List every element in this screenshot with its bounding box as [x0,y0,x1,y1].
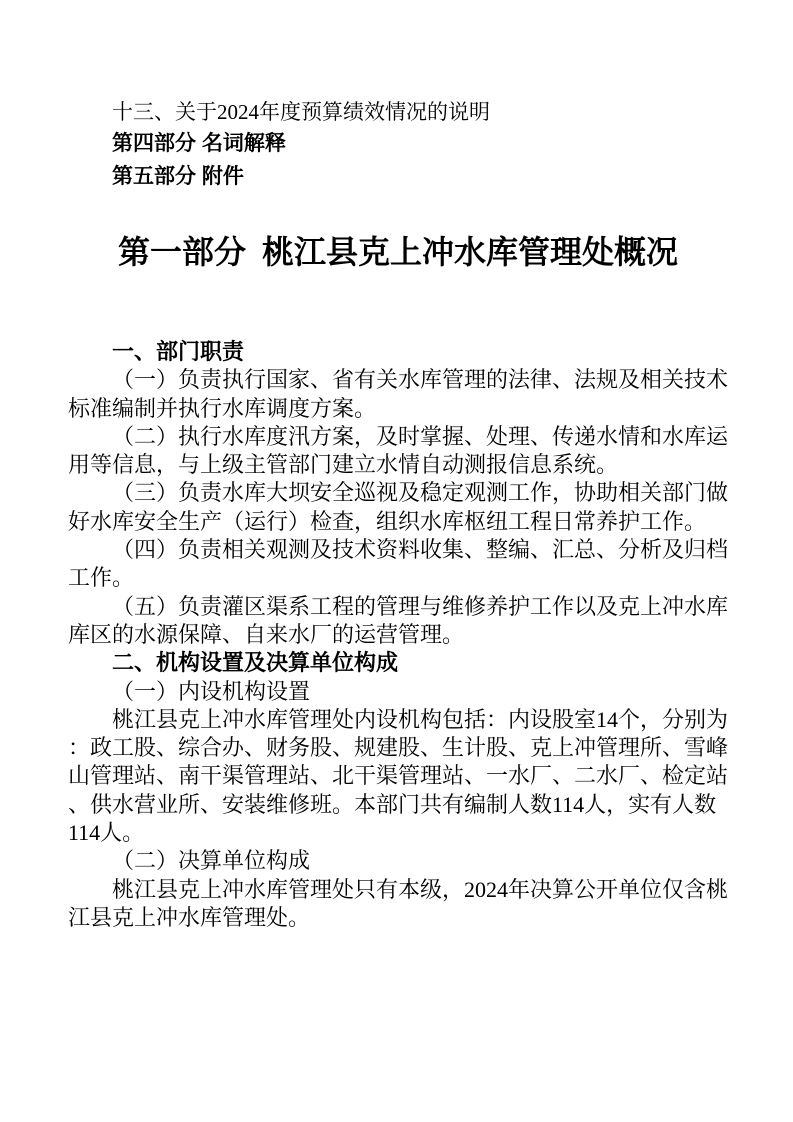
body-line: （四）负责相关观测及技术资料收集、整编、汇总、分析及归档 [68,536,728,564]
document-page: { "document": { "background_color": "#ff… [0,0,793,1122]
body-line: （一）负责执行国家、省有关水库管理的法律、法规及相关技术 [68,366,728,394]
table-of-contents: 十三、关于2024年度预算绩效情况的说明第四部分 名词解释第五部分 附件 [68,96,728,193]
body-line: （二）决算单位构成 [68,847,728,875]
body-line: 库区的水源保障、自来水厂的运营管理。 [68,621,728,649]
page-background: 十三、关于2024年度预算绩效情况的说明第四部分 名词解释第五部分 附件 第一部… [0,0,793,1122]
body-line: 山管理站、南干渠管理站、北干渠管理站、一水厂、二水厂、检定站 [68,762,728,790]
body-line: 114人。 [68,819,728,847]
body-line: ：政工股、综合办、财务股、规建股、生计股、克上冲管理所、雪峰 [68,734,728,762]
body-line: （三）负责水库大坝安全巡视及稳定观测工作，协助相关部门做 [68,479,728,507]
body-line: 工作。 [68,564,728,592]
body-line: 二、机构设置及决算单位构成 [68,649,728,677]
body-line: 标准编制并执行水库调度方案。 [68,395,728,423]
body-line: 好水库安全生产（运行）检查，组织水库枢纽工程日常养护工作。 [68,508,728,536]
body-line: （五）负责灌区渠系工程的管理与维修养护工作以及克上冲水库 [68,593,728,621]
body-line: 桃江县克上冲水库管理处内设机构包括：内设股室14个，分别为 [68,706,728,734]
toc-line: 第五部分 附件 [68,161,728,193]
body-line: 桃江县克上冲水库管理处只有本级，2024年决算公开单位仅含桃 [68,876,728,904]
body-line: （一）内设机构设置 [68,678,728,706]
body-line: 一、部门职责 [68,338,728,366]
body-line: 、供水营业所、安装维修班。本部门共有编制人数114人，实有人数 [68,791,728,819]
body-line: 用等信息，与上级主管部门建立水情自动测报信息系统。 [68,451,728,479]
page-title: 第一部分 桃江县克上冲水库管理处概况 [68,230,728,274]
body-line: 江县克上冲水库管理处。 [68,904,728,932]
body-text: 一、部门职责（一）负责执行国家、省有关水库管理的法律、法规及相关技术标准编制并执… [68,338,728,932]
body-line: （二）执行水库度汛方案，及时掌握、处理、传递水情和水库运 [68,423,728,451]
toc-line: 十三、关于2024年度预算绩效情况的说明 [68,96,728,128]
toc-line: 第四部分 名词解释 [68,128,728,160]
